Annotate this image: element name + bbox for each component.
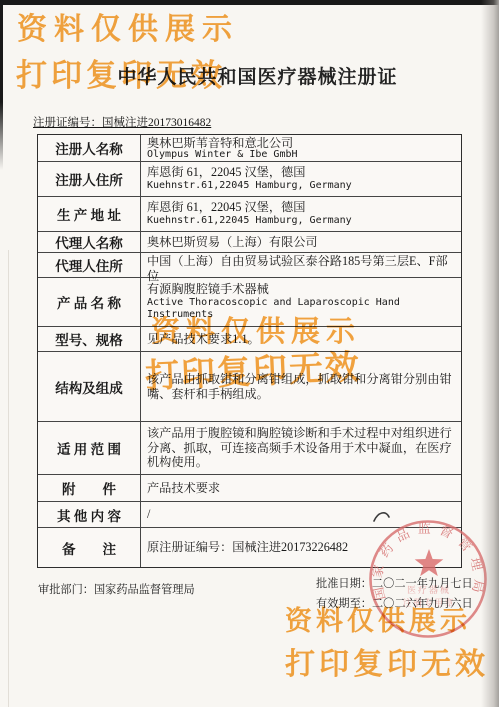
row-label: 附 件 — [38, 475, 141, 501]
watermark-top-line2: 打印复印无效 — [16, 60, 226, 91]
scan-edge-top — [0, 0, 499, 5]
scan-edge-right — [481, 0, 499, 707]
table-row: 注册人住所 库恩街 61，22045 汉堡，德国 Kuehnstr.61,220… — [38, 162, 461, 197]
value-line: 该产品用于腹腔镜和胸腔镜诊断和手术过程中对组织进行分离、抓取，可连接高频手术设备… — [147, 426, 455, 471]
table-row: 代理人住所 中国（上海）自由贸易试验区泰谷路185号第三层E、F部位 — [38, 253, 461, 278]
value-line: Kuehnstr.61,22045 Hamburg, Germany — [147, 180, 455, 192]
table-row: 适 用 范 围 该产品用于腹腔镜和胸腔镜诊断和手术过程中对组织进行分离、抓取，可… — [38, 422, 461, 475]
row-value: 奥林巴斯苇音特和意北公司 Olympus Winter & Ibe GmbH — [141, 135, 461, 161]
row-value: 产品技术要求 — [141, 475, 461, 501]
row-value: 奥林巴斯贸易（上海）有限公司 — [141, 232, 461, 252]
table-row: 代理人名称 奥林巴斯贸易（上海）有限公司 — [38, 232, 461, 253]
row-label: 代理人名称 — [38, 232, 141, 252]
value-line: 有源胸腹腔镜手术器械 — [147, 282, 455, 297]
certificate-page: 中华人民共和国医疗器械注册证 注册证编号：国械注进20173016482 注册人… — [0, 0, 499, 707]
value-line: 库恩街 61，22045 汉堡，德国 — [147, 165, 455, 180]
page-fold-line — [8, 250, 9, 707]
table-row: 附 件 产品技术要求 — [38, 475, 461, 502]
table-row: 生 产 地 址 库恩街 61，22045 汉堡，德国 Kuehnstr.61,2… — [38, 197, 461, 232]
cert-number-line: 注册证编号：国械注进20173016482 — [33, 114, 211, 130]
watermark-bottom-line1: 资料仅供展示 — [285, 608, 471, 635]
row-label: 型号、规格 — [38, 327, 141, 351]
value-line: 中国（上海）自由贸易试验区泰谷路185号第三层E、F部位 — [147, 254, 455, 276]
value-line: 奥林巴斯贸易（上海）有限公司 — [147, 235, 455, 250]
star-icon — [415, 549, 444, 576]
cert-number-label: 注册证编号： — [33, 117, 102, 129]
row-label: 适 用 范 围 — [38, 422, 141, 474]
value-line: Kuehnstr.61,22045 Hamburg, Germany — [147, 215, 455, 227]
approval-dept: 审批部门：国家药品监督管理局 — [38, 581, 195, 597]
value-line: 奥林巴斯苇音特和意北公司 — [147, 136, 455, 149]
row-label: 备 注 — [38, 528, 141, 567]
value-line: Olympus Winter & Ibe GmbH — [147, 149, 455, 160]
row-value: 中国（上海）自由贸易试验区泰谷路185号第三层E、F部位 — [141, 253, 461, 277]
row-label: 注册人名称 — [38, 135, 141, 161]
row-label: 生 产 地 址 — [38, 197, 141, 231]
row-value: 库恩街 61，22045 汉堡，德国 Kuehnstr.61,22045 Ham… — [141, 197, 461, 231]
registration-table: 注册人名称 奥林巴斯苇音特和意北公司 Olympus Winter & Ibe … — [37, 134, 462, 568]
scan-edge-left — [0, 0, 3, 170]
watermark-middle-line2: 打印复印无效 — [144, 350, 361, 393]
row-label: 结构及组成 — [38, 352, 141, 421]
row-value: 库恩街 61，22045 汉堡，德国 Kuehnstr.61,22045 Ham… — [141, 162, 461, 196]
row-label: 代理人住所 — [38, 253, 141, 277]
cert-number-value: 国械注进20173016482 — [102, 117, 211, 129]
row-value: 该产品用于腹腔镜和胸腔镜诊断和手术过程中对组织进行分离、抓取，可连接高频手术设备… — [141, 422, 461, 474]
row-label: 注册人住所 — [38, 162, 141, 196]
watermark-bottom-line2: 打印复印无效 — [285, 650, 489, 680]
value-line: Active Thoracoscopic and Laparoscopic Ha… — [147, 297, 455, 309]
table-row: 注册人名称 奥林巴斯苇音特和意北公司 Olympus Winter & Ibe … — [38, 135, 461, 162]
value-line: 产品技术要求 — [147, 481, 455, 496]
row-label: 产 品 名 称 — [38, 278, 141, 326]
watermark-middle-line1: 资料仅供展示 — [151, 318, 361, 347]
watermark-top-line1: 资料仅供展示 — [17, 15, 239, 45]
approval-date: 批准日期：二〇二一年九月七日 — [316, 575, 473, 591]
row-label: 其 他 内 容 — [38, 502, 141, 527]
value-line: 库恩街 61，22045 汉堡，德国 — [147, 200, 455, 215]
